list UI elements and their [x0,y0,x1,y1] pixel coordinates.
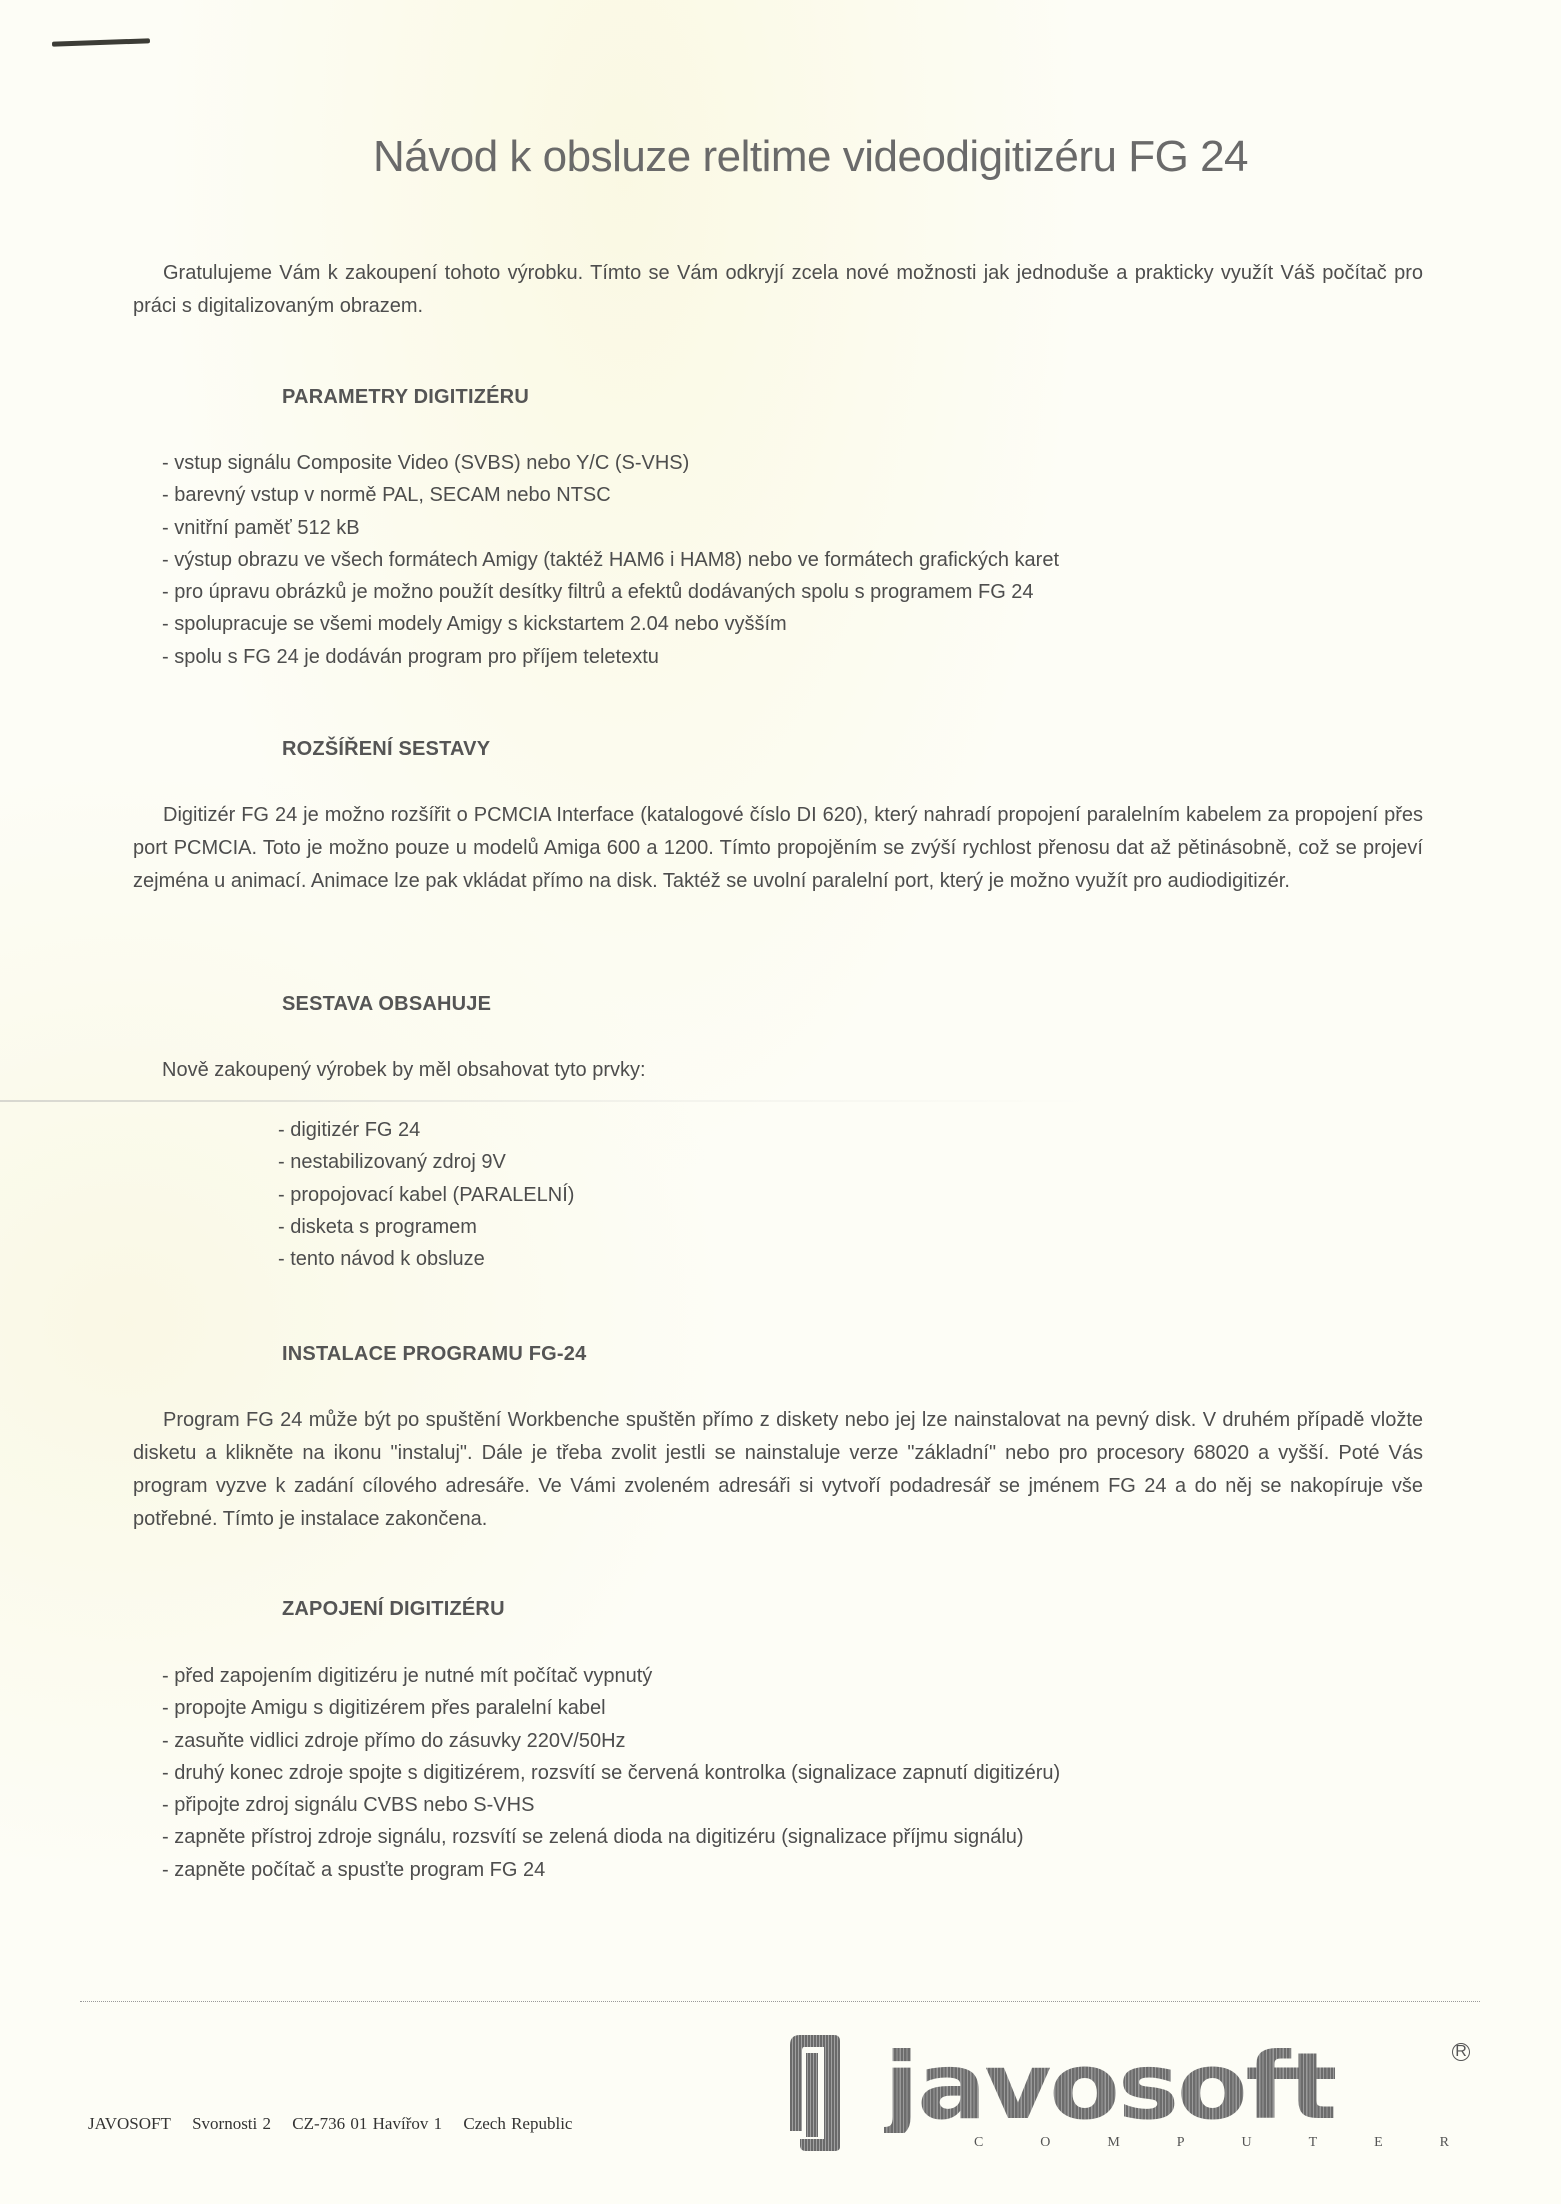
javosoft-logo: javosoft C O M P U T E R R [784,2035,1484,2165]
logo-subtitle-letter: P [1177,2135,1185,2151]
connection-list: před zapojením digitizéru je nutné mít p… [162,1660,1482,1886]
section-heading-parameters: PARAMETRY DIGITIZÉRU [282,386,529,409]
list-item: digitizér FG 24 [278,1114,1078,1146]
list-item: druhý konec zdroje spojte s digitizérem,… [162,1757,1482,1789]
address-street: Svornosti 2 [192,2114,271,2133]
logo-subtitle-letter: U [1242,2135,1252,2151]
list-item: disketa s programem [278,1211,1078,1243]
logo-subtitle: C O M P U T E R [974,2135,1449,2151]
company-address: JAVOSOFT Svornosti 2 CZ-736 01 Havířov 1… [88,2114,588,2134]
logo-subtitle-letter: E [1374,2135,1383,2151]
section-heading-installation: INSTALACE PROGRAMU FG-24 [282,1343,586,1366]
section-heading-contents: SESTAVA OBSAHUJE [282,993,491,1016]
footer-divider [80,2001,1480,2002]
address-city: CZ-736 01 Havířov 1 [292,2114,442,2133]
address-company: JAVOSOFT [88,2114,171,2133]
list-item: nestabilizovaný zdroj 9V [278,1146,1078,1178]
section-heading-connection: ZAPOJENÍ DIGITIZÉRU [282,1598,505,1621]
logo-subtitle-letter: C [974,2135,983,2151]
section-heading-expansion: ROZŠÍŘENÍ SESTAVY [282,738,490,761]
list-item: propojovací kabel (PARALELNÍ) [278,1179,1078,1211]
scan-artifact [0,1100,1561,1102]
installation-paragraph: Program FG 24 může být po spuštění Workb… [133,1404,1423,1536]
logo-subtitle-letter: R [1440,2135,1449,2151]
parameters-list: vstup signálu Composite Video (SVBS) neb… [162,447,1462,673]
list-item: zapněte přístroj zdroje signálu, rozsvít… [162,1821,1482,1853]
list-item: vnitřní paměť 512 kB [162,512,1462,544]
pen-mark [52,38,150,46]
address-country: Czech Republic [463,2114,572,2133]
list-item: vstup signálu Composite Video (SVBS) neb… [162,447,1462,479]
intro-paragraph: Gratulujeme Vám k zakoupení tohoto výrob… [133,257,1423,323]
contents-list: digitizér FG 24 nestabilizovaný zdroj 9V… [278,1114,1078,1275]
list-item: spolupracuje se všemi modely Amigy s kic… [162,608,1462,640]
registered-trademark-icon: R [1452,2043,1470,2061]
list-item: výstup obrazu ve všech formátech Amigy (… [162,544,1462,576]
document-title: Návod k obsluze reltime videodigitizéru … [0,132,1561,182]
list-item: zapněte počítač a spusťte program FG 24 [162,1854,1482,1886]
logo-subtitle-letter: M [1107,2135,1119,2151]
list-item: barevný vstup v normě PAL, SECAM nebo NT… [162,479,1462,511]
contents-intro: Nově zakoupený výrobek by měl obsahovat … [162,1054,1362,1087]
scanned-page: Návod k obsluze reltime videodigitizéru … [0,0,1561,2204]
list-item: pro úpravu obrázků je možno použít desít… [162,576,1462,608]
list-item: propojte Amigu s digitizérem přes parale… [162,1692,1482,1724]
list-item: spolu s FG 24 je dodáván program pro pří… [162,641,1462,673]
expansion-paragraph: Digitizér FG 24 je možno rozšířit o PCMC… [133,799,1423,898]
list-item: tento návod k obsluze [278,1243,1078,1275]
javosoft-j-logo-icon [784,2035,842,2151]
logo-wordmark: javosoft [884,2041,1335,2133]
list-item: zasuňte vidlici zdroje přímo do zásuvky … [162,1725,1482,1757]
logo-subtitle-letter: O [1040,2135,1050,2151]
list-item: před zapojením digitizéru je nutné mít p… [162,1660,1482,1692]
logo-subtitle-letter: T [1309,2135,1318,2151]
list-item: připojte zdroj signálu CVBS nebo S-VHS [162,1789,1482,1821]
